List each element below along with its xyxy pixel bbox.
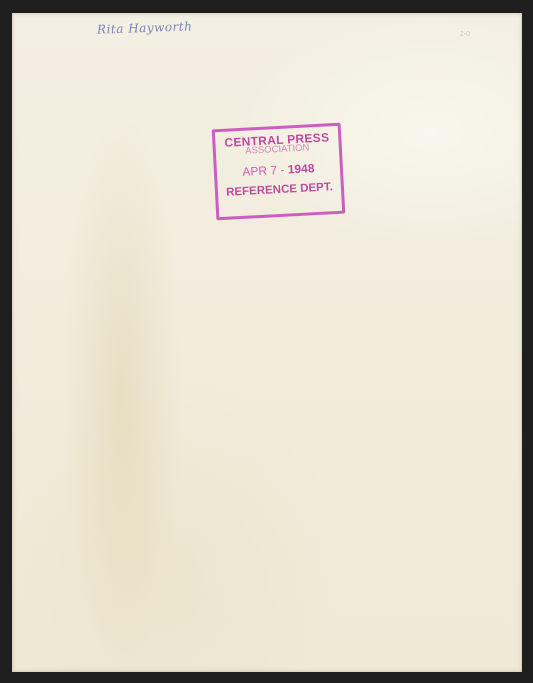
stamp-date-day: APR 7 - [242,163,285,179]
photo-back-paper: Rita Hayworth 2-0 CENTRAL PRESS ASSOCIAT… [12,13,522,672]
pencil-corner-mark: 2-0 [460,31,470,38]
handwritten-name: Rita Hayworth [97,19,193,36]
stamp-date: APR 7 - 1948 [217,160,341,180]
stamp-date-year: 1948 [287,161,314,176]
archive-stamp: CENTRAL PRESS ASSOCIATION APR 7 - 1948 R… [212,123,346,221]
stamp-department: REFERENCE DEPT. [218,181,341,199]
